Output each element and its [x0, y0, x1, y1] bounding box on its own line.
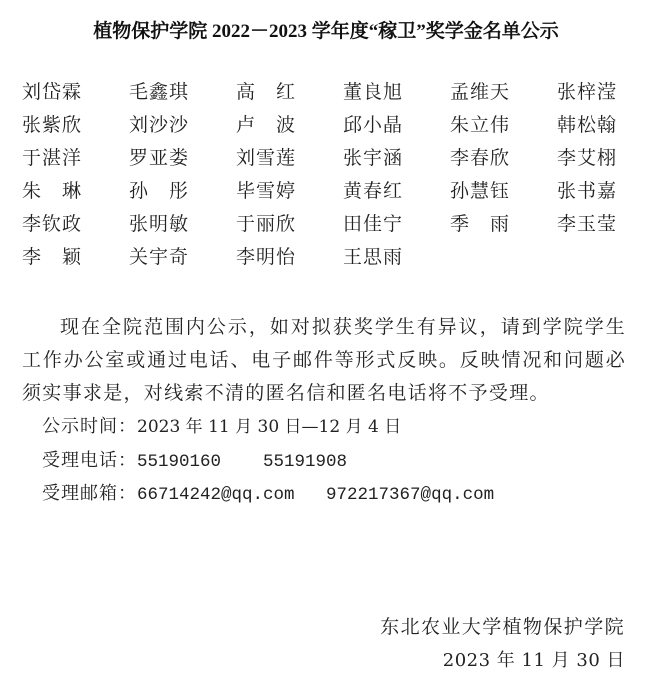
awardee-name: 韩松翰 [557, 111, 652, 144]
awardee-name: 张书嘉 [557, 177, 652, 210]
awardee-name-list: 刘岱霖 毛鑫琪 高 红 董良旭 孟维天 张梓滢 张紫欣 刘沙沙 卢 波 邱小晶 … [22, 78, 642, 276]
awardee-name: 田佳宁 [343, 210, 450, 243]
awardee-name: 李钦政 [22, 210, 129, 243]
awardee-name: 董良旭 [343, 78, 450, 111]
awardee-name: 刘沙沙 [129, 111, 236, 144]
awardee-name: 邱小晶 [343, 111, 450, 144]
name-row: 于湛洋 罗亚娄 刘雪莲 张宇涵 李春欣 李艾栩 [22, 144, 642, 177]
publicity-period-value: 2023 年 11 月 30 日—12 月 4 日 [137, 417, 401, 437]
issuing-organization: 东北农业大学植物保护学院 [380, 610, 625, 644]
document-title: 植物保护学院 2022－2023 学年度“稼卫”奖学金名单公示 [0, 16, 652, 43]
contact-email: 受理邮箱：66714242@qq.com 972217367@qq.com [42, 477, 494, 511]
awardee-name: 朱 琳 [22, 177, 129, 210]
name-row: 李 颖 关宇奇 李明怡 王思雨 [22, 243, 642, 276]
signature-block: 东北农业大学植物保护学院 2023 年 11 月 30 日 [380, 610, 625, 678]
issue-date: 2023 年 11 月 30 日 [380, 644, 625, 678]
contact-email-label: 受理邮箱： [42, 483, 137, 504]
notice-paragraph: 现在全院范围内公示，如对拟获奖学生有异议，请到学院学生工作办公室或通过电话、电子… [22, 311, 626, 410]
awardee-name: 毛鑫琪 [129, 78, 236, 111]
publicity-period: 公示时间：2023 年 11 月 30 日—12 月 4 日 [42, 410, 494, 444]
awardee-name: 高 红 [236, 78, 343, 111]
name-row: 李钦政 张明敏 于丽欣 田佳宁 季 雨 李玉莹 [22, 210, 642, 243]
awardee-name: 王思雨 [343, 243, 450, 276]
awardee-name: 张紫欣 [22, 111, 129, 144]
awardee-name: 于湛洋 [22, 144, 129, 177]
awardee-name: 李明怡 [236, 243, 343, 276]
awardee-name: 朱立伟 [450, 111, 557, 144]
awardee-name: 黄春红 [343, 177, 450, 210]
awardee-name: 刘岱霖 [22, 78, 129, 111]
publicity-period-label: 公示时间： [42, 416, 137, 437]
awardee-name: 张宇涵 [343, 144, 450, 177]
awardee-name: 张梓滢 [557, 78, 652, 111]
name-row: 朱 琳 孙 彤 毕雪婷 黄春红 孙慧钰 张书嘉 [22, 177, 642, 210]
notice-contact-info: 公示时间：2023 年 11 月 30 日—12 月 4 日 受理电话：5519… [42, 410, 494, 511]
awardee-name: 李春欣 [450, 144, 557, 177]
contact-phone-value: 55190160 [137, 452, 221, 472]
name-row: 张紫欣 刘沙沙 卢 波 邱小晶 朱立伟 韩松翰 [22, 111, 642, 144]
awardee-name: 季 雨 [450, 210, 557, 243]
awardee-name: 孙慧钰 [450, 177, 557, 210]
awardee-name: 关宇奇 [129, 243, 236, 276]
awardee-name: 罗亚娄 [129, 144, 236, 177]
awardee-name: 于丽欣 [236, 210, 343, 243]
awardee-name: 李 颖 [22, 243, 129, 276]
contact-email-value: 66714242@qq.com [137, 485, 295, 505]
awardee-name: 刘雪莲 [236, 144, 343, 177]
awardee-name: 张明敏 [129, 210, 236, 243]
awardee-name: 李艾栩 [557, 144, 652, 177]
contact-email-value: 972217367@qq.com [326, 485, 494, 505]
contact-phone-label: 受理电话： [42, 450, 137, 471]
awardee-name: 孟维天 [450, 78, 557, 111]
name-row: 刘岱霖 毛鑫琪 高 红 董良旭 孟维天 张梓滢 [22, 78, 642, 111]
awardee-name: 毕雪婷 [236, 177, 343, 210]
awardee-name: 李玉莹 [557, 210, 652, 243]
awardee-name: 卢 波 [236, 111, 343, 144]
contact-phone: 受理电话：55190160 55191908 [42, 444, 494, 478]
awardee-name: 孙 彤 [129, 177, 236, 210]
contact-phone-value: 55191908 [263, 452, 347, 472]
